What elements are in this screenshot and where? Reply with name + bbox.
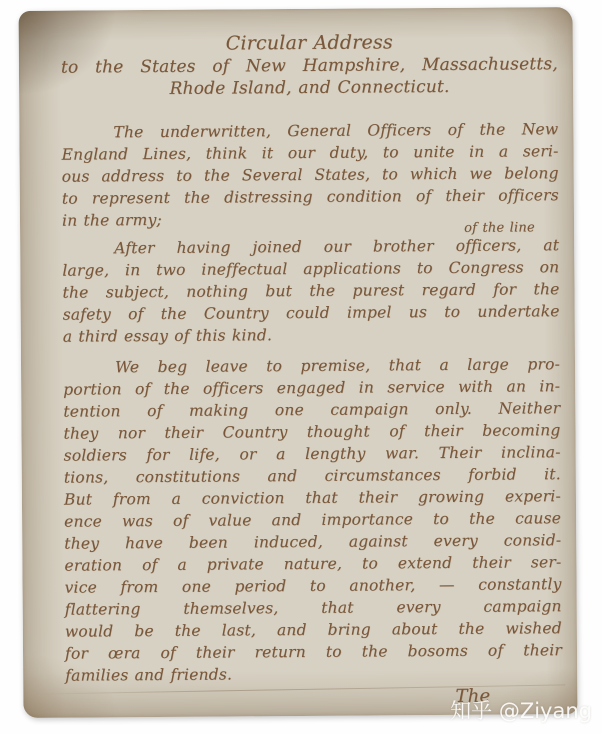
watermark: 知乎 @Ziyang bbox=[450, 695, 592, 725]
photo-background: Circular Address to the States of New Ha… bbox=[0, 0, 602, 734]
manuscript-line: safety of the Country could impel us to … bbox=[63, 300, 560, 325]
manuscript-line-text: After having joined our brother officers… bbox=[114, 236, 559, 257]
paragraph-2: After having joined our brother officers… bbox=[62, 234, 560, 347]
manuscript-line: a third essay of this kind. bbox=[63, 322, 560, 347]
manuscript-line: to represent the distressing condition o… bbox=[62, 184, 559, 209]
manuscript-page: Circular Address to the States of New Ha… bbox=[19, 7, 578, 718]
manuscript-line: families and friends. bbox=[65, 661, 562, 686]
paragraph-3: We beg leave to premise, that a large pr… bbox=[63, 353, 562, 686]
manuscript-text: Circular Address to the States of New Ha… bbox=[61, 30, 563, 710]
manuscript-line: for œra of their return to the bosoms of… bbox=[65, 639, 562, 664]
document-heading: Circular Address to the States of New Ha… bbox=[61, 30, 558, 100]
paragraph-1: The underwritten, General Officers of th… bbox=[61, 118, 559, 231]
heading-line: Circular Address bbox=[61, 30, 558, 56]
interlinear-insertion: of the line bbox=[464, 221, 535, 234]
heading-line: Rhode Island, and Connecticut. bbox=[61, 75, 558, 100]
heading-line: to the States of New Hampshire, Massachu… bbox=[61, 53, 558, 78]
manuscript-line: After having joined our brother officers… bbox=[62, 234, 559, 259]
